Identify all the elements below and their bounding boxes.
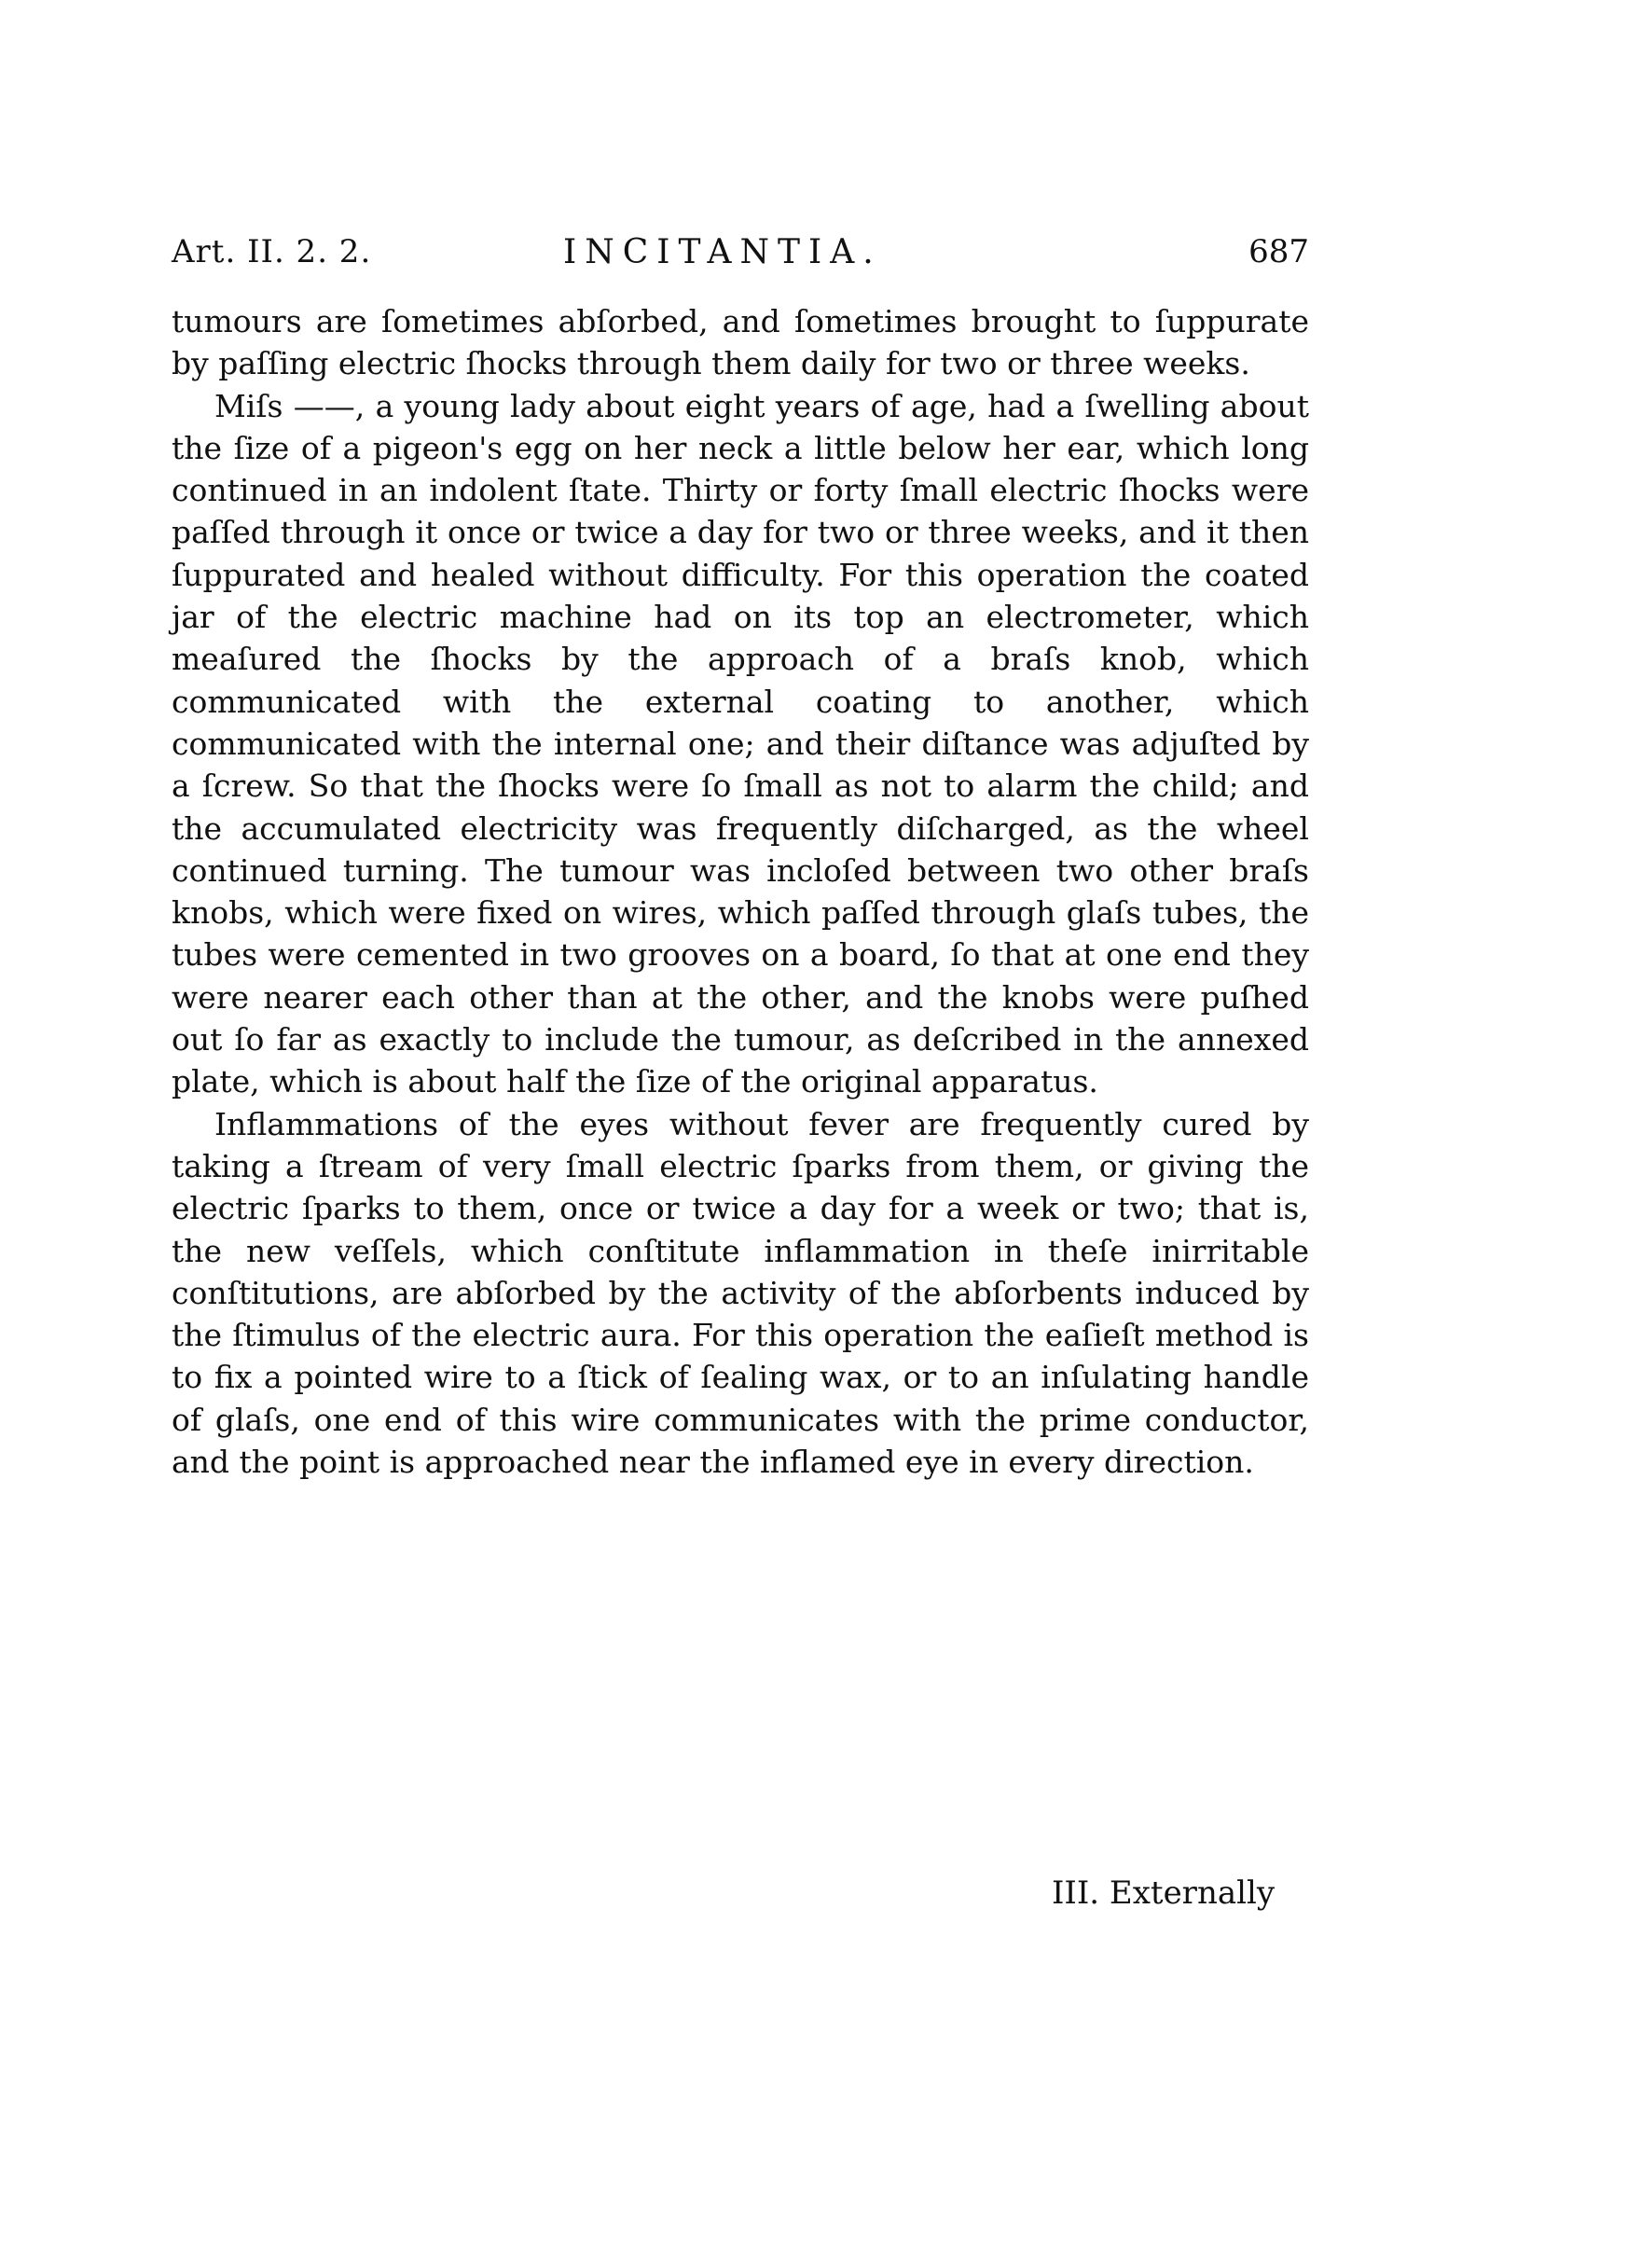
catchword: III. Externally	[1052, 1874, 1275, 1912]
section-reference: Art. II. 2. 2.	[172, 233, 371, 270]
paragraph-inflammations-eyes: Inflammations of the eyes without fever …	[172, 1103, 1309, 1484]
paragraph-continued: tumours are ſometimes abſorbed, and ſome…	[172, 300, 1309, 385]
paragraph-case-miss: Miſs ——, a young lady about eight years …	[172, 385, 1309, 1103]
running-header: Art. II. 2. 2. INCITANTIA. 687	[172, 233, 1309, 280]
body-text: tumours are ſometimes abſorbed, and ſome…	[172, 300, 1309, 1483]
page-number: 687	[1248, 233, 1309, 270]
running-title: INCITANTIA.	[563, 233, 882, 271]
